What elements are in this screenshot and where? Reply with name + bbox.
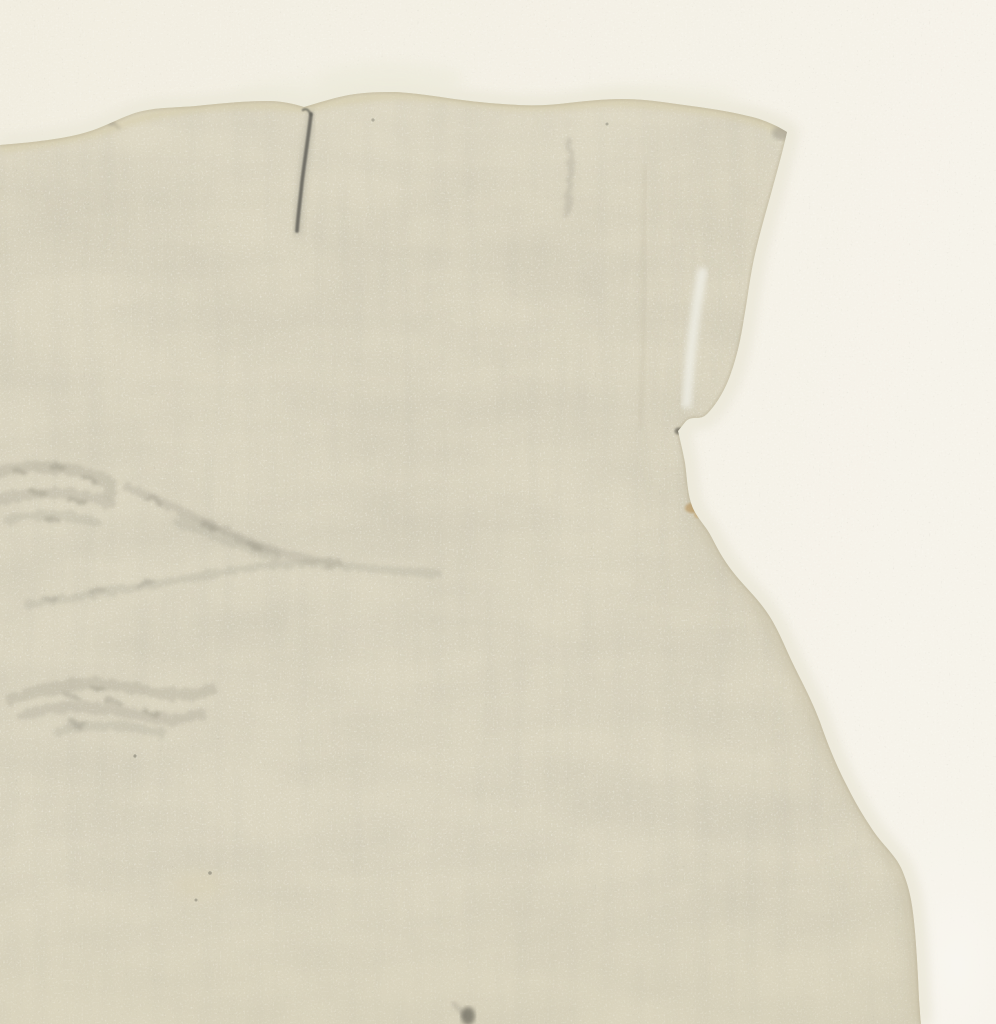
scan-canvas [0,0,996,1024]
warm-blotch [174,871,226,899]
scanned-paper-image [0,0,996,1024]
